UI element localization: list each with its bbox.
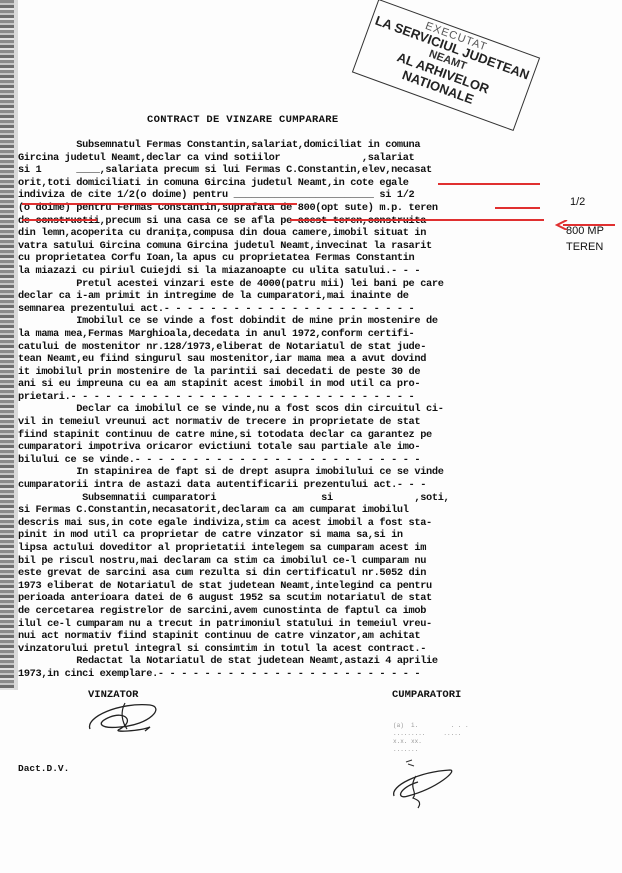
archive-stamp: EXECUTAT LA SERVICIUL JUDETEAN NEAMT AL …: [352, 0, 540, 131]
contract-line: ilul ce-l cumparam nu a trecut in patrim…: [18, 618, 612, 631]
contract-line: bil pe riscul nostru,mai declaram ca sti…: [18, 555, 612, 568]
contract-line: Subsemnatul Fermas Constantin,salariat,d…: [18, 139, 612, 152]
contract-line: Subsemnatii cumparatori si ,soti,: [18, 492, 612, 505]
contract-line: la miazazi cu piriul Cuiejdi si la miaza…: [18, 265, 612, 278]
buyer-signature-icon: [388, 758, 458, 813]
annotation-underline-5: [290, 219, 544, 221]
contract-line: pinit in mod util ca proprietar de catre…: [18, 529, 612, 542]
contract-line: tean Neamt,eu fiind singurul sau mosteni…: [18, 353, 612, 366]
contract-title: CONTRACT DE VINZARE CUMPARARE: [147, 114, 338, 126]
contract-line: it imobilul prin mostenire de la parinti…: [18, 366, 612, 379]
contract-line: si 1 ____,salariata precum si lui Fermas…: [18, 164, 612, 177]
contract-line: de cercetarea registrelor de sarcini,ave…: [18, 605, 612, 618]
annotation-area-line2: TEREN: [566, 240, 603, 254]
annotation-share: 1/2: [570, 195, 585, 209]
contract-line: cumparatorii intra de astazi data autent…: [18, 479, 612, 492]
contract-line: lipsa actului doveditor al proprietatii …: [18, 542, 612, 555]
seller-signature-icon: [80, 697, 170, 737]
contract-line: vil in temeiul vreunui act normativ de t…: [18, 416, 612, 429]
annotation-underline-1: [438, 183, 540, 185]
contract-line: Redactat la Notariatul de stat judetean …: [18, 655, 612, 668]
contract-line: prietari.- - - - - - - - - - - - - - - -…: [18, 391, 612, 404]
contract-line: fiind stapinit continuu de catre mine,si…: [18, 429, 612, 442]
contract-line: vinzatorului pretul integral si consimti…: [18, 643, 612, 656]
contract-line: 1973,in cinci exemplare.- - - - - - - - …: [18, 668, 612, 681]
contract-line: la mama mea,Fermas Marghioala,decedata i…: [18, 328, 612, 341]
contract-line: ani si eu impreuna cu ea am stapinit ace…: [18, 378, 612, 391]
faint-buyer-names: (a) i. . . . ......... ..... x.x. xx. ..…: [393, 722, 469, 754]
contract-line: Pretul acestei vinzari este de 4000(patr…: [18, 278, 612, 291]
scanned-document-page: EXECUTAT LA SERVICIUL JUDETEAN NEAMT AL …: [0, 0, 622, 873]
contract-line: bilului ce se vinde.- - - - - - - - - - …: [18, 454, 612, 467]
contract-line: catului de mostenitor nr.128/1973,eliber…: [18, 341, 612, 354]
binding-edge: [0, 0, 14, 690]
annotation-underline-4: [22, 219, 97, 221]
annotation-underline-2: [22, 203, 297, 205]
contract-line: si Fermas C.Constantin,necasatorit,decla…: [18, 504, 612, 517]
annotation-area-line1: 800 MP: [566, 224, 604, 238]
contract-line: declar ca i-am primit in intregime de la…: [18, 290, 612, 303]
contract-line: este grevat de sarcini asa cum rezulta s…: [18, 567, 612, 580]
contract-line: din lemn,acoperita cu draniţa,compusa di…: [18, 227, 612, 240]
annotation-underline-3: [495, 207, 540, 209]
contract-line: de constructii,precum si una casa ce se …: [18, 215, 612, 228]
contract-line: indiviza de cite 1/2(o doime) pentru ___…: [18, 189, 612, 202]
contract-line: cu proprietatea Corfu Ioan,la apus cu pr…: [18, 252, 612, 265]
contract-line: 1973 eliberat de Notariatul de stat jude…: [18, 580, 612, 593]
typist-initials: Dact.D.V.: [18, 763, 69, 774]
contract-line: cumparatori impotriva oricaror evictiuni…: [18, 441, 612, 454]
contract-line: In stapinirea de fapt si de drept asupra…: [18, 466, 612, 479]
contract-line: Gircina judetul Neamt,declar ca vind sot…: [18, 152, 612, 165]
contract-line: vatra satului Gircina comuna Gircina jud…: [18, 240, 612, 253]
contract-line: semnarea prezentului act.- - - - - - - -…: [18, 303, 612, 316]
buyers-label: CUMPARATORI: [392, 689, 461, 701]
contract-line: perioada anterioara datei de 6 august 19…: [18, 592, 612, 605]
contract-line: descris mai sus,in cote egale indiviza,s…: [18, 517, 612, 530]
contract-line: nui act normativ fiind stapinit continuu…: [18, 630, 612, 643]
contract-line: Declar ca imobilul ce se vinde,nu a fost…: [18, 403, 612, 416]
contract-line: Imobilul ce se vinde a fost dobindit de …: [18, 315, 612, 328]
